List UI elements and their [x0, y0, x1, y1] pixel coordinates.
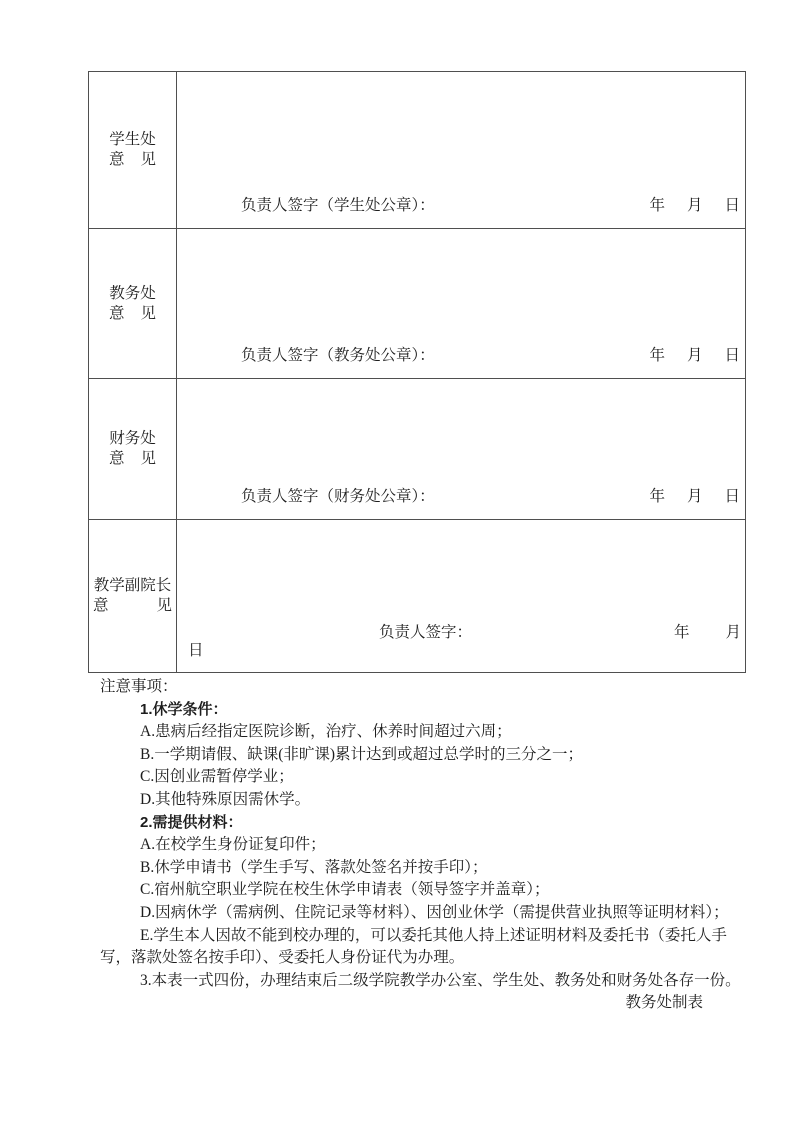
opinion-label-line2: 意 见	[109, 304, 156, 324]
opinion-label-line1: 财务处	[109, 429, 156, 449]
note-item: 3.本表一式四份，办理结束后二级学院教学办公室、学生处、教务处和财务处各存一份。	[100, 970, 746, 993]
opinion-content-cell: 负责人签字（教务处公章）： 年 月 日	[177, 229, 745, 378]
opinion-content-cell: 负责人签字（财务处公章）： 年 月 日	[177, 379, 745, 519]
note-item: A.患病后经指定医院诊断，治疗、休养时间超过六周；	[100, 721, 746, 744]
opinion-label-line2: 意 见	[109, 150, 156, 170]
date-day: 日	[724, 484, 740, 506]
notes-section: 注意事项： 1.休学条件： A.患病后经指定医院诊断，治疗、休养时间超过六周； …	[100, 676, 746, 1015]
date-year: 年	[674, 620, 690, 642]
date-line: 年 月 日	[649, 484, 740, 506]
note-item: D.其他特殊原因需休学。	[100, 789, 746, 812]
opinion-label-line1: 学生处	[109, 130, 156, 150]
table-row-finance: 财务处 意 见 负责人签字（财务处公章）： 年 月 日	[89, 378, 745, 519]
opinion-label-line2: 意 见	[93, 596, 172, 616]
date-line: 年 月 日	[649, 193, 740, 215]
date-day: 日	[724, 193, 740, 215]
opinion-content-cell: 负责人签字（学生处公章）： 年 月 日	[177, 72, 745, 228]
table-row-vice-dean: 教学副院长 意 见 负责人签字： 年 月 日	[89, 519, 745, 672]
table-row-academic-affairs: 教务处 意 见 负责人签字（教务处公章）： 年 月 日	[89, 228, 745, 378]
note-item: A.在校学生身份证复印件；	[100, 834, 746, 857]
date-month: 月	[725, 620, 741, 642]
opinion-label-academic-affairs: 教务处 意 见	[89, 229, 177, 378]
notes-section1-title: 1.休学条件：	[100, 699, 746, 722]
date-month: 月	[687, 193, 703, 215]
opinion-label-finance: 财务处 意 见	[89, 379, 177, 519]
signature-label: 负责人签字（学生处公章）：	[241, 193, 435, 215]
date-month: 月	[687, 484, 703, 506]
notes-section2-title: 2.需提供材料：	[100, 812, 746, 835]
date-day: 日	[188, 638, 204, 660]
signature-label: 负责人签字（教务处公章）：	[241, 343, 435, 365]
date-year: 年	[649, 193, 665, 215]
footer-note: 教务处制表	[100, 992, 746, 1015]
approval-table: 学生处 意 见 负责人签字（学生处公章）： 年 月 日 教务处 意	[88, 71, 746, 673]
opinion-content-cell: 负责人签字： 年 月 日	[177, 520, 745, 672]
opinion-label-line1: 教务处	[109, 284, 156, 304]
opinion-label-vice-dean: 教学副院长 意 见	[89, 520, 177, 672]
signature-label: 负责人签字：	[379, 620, 472, 642]
opinion-label-line1: 教学副院长	[94, 576, 172, 596]
note-item: C.因创业需暂停学业；	[100, 766, 746, 789]
date-month: 月	[687, 343, 703, 365]
note-item: C.宿州航空职业学院在校生休学申请表（领导签字并盖章）；	[100, 879, 746, 902]
note-item: B.休学申请书（学生手写、落款处签名并按手印）；	[100, 857, 746, 880]
date-line: 年 月	[674, 620, 741, 642]
date-year: 年	[649, 343, 665, 365]
document-page: 学生处 意 见 负责人签字（学生处公章）： 年 月 日 教务处 意	[0, 0, 793, 1122]
opinion-label-line2: 意 见	[109, 449, 156, 469]
note-item: D.因病休学（需病例、住院记录等材料）、因创业休学（需提供营业执照等证明材料）；	[100, 902, 746, 925]
date-day: 日	[724, 343, 740, 365]
date-line: 年 月 日	[649, 343, 740, 365]
signature-label: 负责人签字（财务处公章）：	[241, 484, 435, 506]
date-year: 年	[649, 484, 665, 506]
note-item: B.一学期请假、缺课(非旷课)累计达到或超过总学时的三分之一；	[100, 744, 746, 767]
opinion-label-student-affairs: 学生处 意 见	[89, 72, 177, 228]
table-row-student-affairs: 学生处 意 见 负责人签字（学生处公章）： 年 月 日	[89, 72, 745, 228]
note-item: E.学生本人因故不能到校办理的，可以委托其他人持上述证明材料及委托书（委托人手写…	[100, 925, 746, 970]
notes-heading: 注意事项：	[100, 676, 746, 699]
